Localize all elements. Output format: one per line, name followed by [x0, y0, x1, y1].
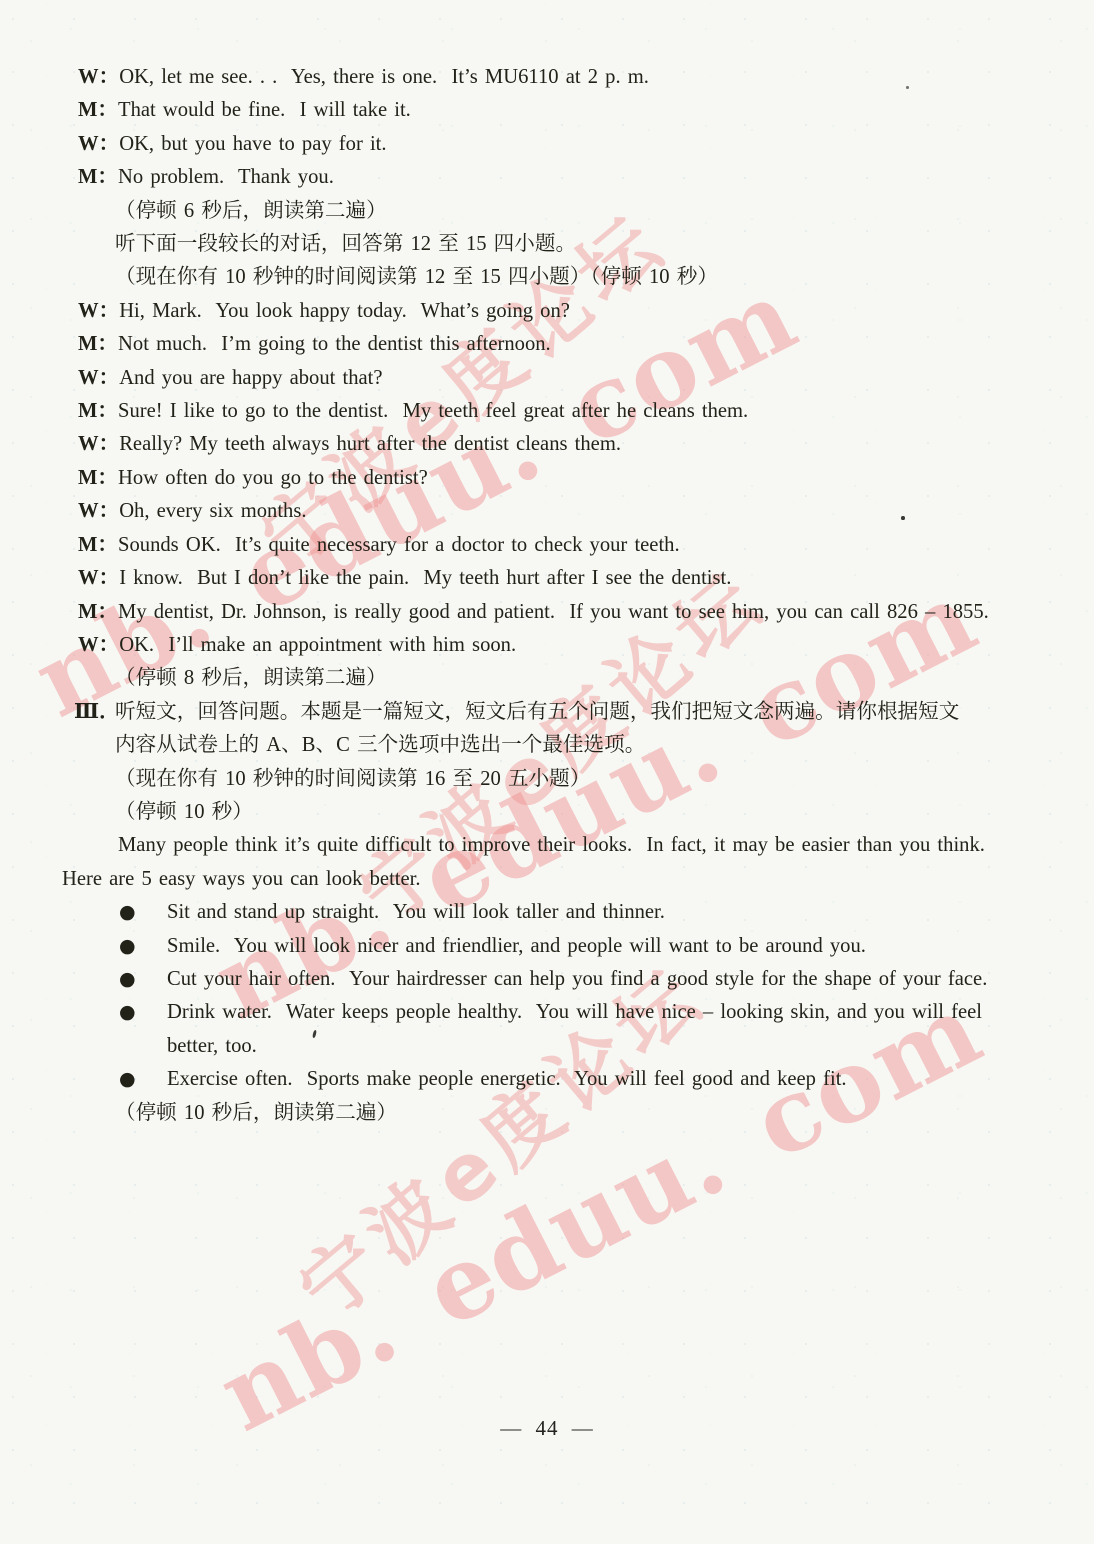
- paragraph-line: Here are 5 easy ways you can look better…: [62, 863, 1014, 896]
- bullet-text: Exercise often. Sports make people energ…: [167, 1068, 847, 1090]
- speech-line: W： Hi, Mark. You look happy today. What’…: [78, 295, 1014, 328]
- speaker-label: M：: [78, 94, 118, 127]
- speech-text: Not much. I’m going to the dentist this …: [118, 328, 551, 361]
- speech-text: Hi, Mark. You look happy today. What’s g…: [119, 295, 570, 328]
- speaker-label: W：: [78, 495, 119, 528]
- bullet-icon: ●: [119, 1063, 136, 1096]
- speech-line: M： Not much. I’m going to the dentist th…: [78, 328, 1014, 361]
- instruction-text: （停顿 8 秒后，朗读第二遍）: [115, 667, 387, 689]
- speaker-label: W：: [78, 61, 119, 94]
- speech-line: W： Really? My teeth always hurt after th…: [78, 428, 1014, 461]
- speech-line: M： How often do you go to the dentist?: [78, 462, 1014, 495]
- bullet-item: ● Sit and stand up straight. You will lo…: [62, 896, 1014, 929]
- speech-text: Sure! I like to go to the dentist. My te…: [118, 395, 748, 428]
- speaker-label: W：: [78, 562, 119, 595]
- speech-text: My dentist, Dr. Johnson, is really good …: [118, 596, 989, 629]
- speech-line: W： And you are happy about that?: [78, 362, 1014, 395]
- bullet-text: better, too.: [167, 1035, 257, 1057]
- scan-speck: [906, 86, 909, 89]
- page-number: — 44 —: [0, 1416, 1094, 1441]
- paragraph-text: Many people think it’s quite difficult t…: [118, 834, 985, 856]
- speech-line: M： My dentist, Dr. Johnson, is really go…: [78, 596, 1014, 629]
- speech-line: M： Sure! I like to go to the dentist. My…: [78, 395, 1014, 428]
- bullet-text: Drink water. Water keeps people healthy.…: [167, 1001, 982, 1023]
- speech-line: W： Oh, every six months.: [78, 495, 1014, 528]
- bullet-icon: ●: [119, 896, 136, 929]
- speaker-label: M：: [78, 328, 118, 361]
- instruction-line: （停顿 8 秒后，朗读第二遍）: [115, 662, 1014, 695]
- instruction-line: （现在你有 10 秒钟的时间阅读第 16 至 20 五小题）: [115, 763, 1014, 796]
- speech-line: W： OK, let me see. . . Yes, there is one…: [78, 61, 1014, 94]
- speech-line: W： OK, but you have to pay for it.: [78, 128, 1014, 161]
- instruction-text: （停顿 6 秒后，朗读第二遍）: [115, 200, 387, 222]
- bullet-icon: ●: [119, 996, 136, 1029]
- speech-text: No problem. Thank you.: [118, 161, 334, 194]
- section-text: 内容从试卷上的 A、B、C 三个选项中选出一个最佳选项。: [115, 734, 645, 756]
- speaker-label: M：: [78, 529, 118, 562]
- instruction-line: （停顿 10 秒）: [115, 796, 1014, 829]
- speech-text: I know. But I don’t like the pain. My te…: [119, 562, 731, 595]
- speech-line: W： I know. But I don’t like the pain. My…: [78, 562, 1014, 595]
- speaker-label: W：: [78, 362, 119, 395]
- section-heading-line: 内容从试卷上的 A、B、C 三个选项中选出一个最佳选项。: [62, 729, 1014, 762]
- speaker-label: W：: [78, 295, 119, 328]
- speech-text: OK. I’ll make an appointment with him so…: [119, 629, 516, 662]
- bullet-item: ● Cut your hair often. Your hairdresser …: [62, 963, 1014, 996]
- transcript-content: W： OK, let me see. . . Yes, there is one…: [0, 0, 1094, 1130]
- bullet-item: ● Exercise often. Sports make people ene…: [62, 1063, 1014, 1096]
- speech-line: M： That would be fine. I will take it.: [78, 94, 1014, 127]
- instruction-text: 听下面一段较长的对话，回答第 12 至 15 四小题。: [115, 233, 576, 255]
- instruction-text: （停顿 10 秒）: [115, 801, 253, 823]
- instruction-text: （现在你有 10 秒钟的时间阅读第 12 至 15 四小题）（停顿 10 秒）: [115, 266, 718, 288]
- scanned-exam-page: 宁波e度论坛 nb. eduu. com 宁波e度论坛 nb. eduu. co…: [0, 0, 1094, 1544]
- speech-text: And you are happy about that?: [119, 362, 382, 395]
- speech-text: OK, but you have to pay for it.: [119, 128, 386, 161]
- section-number: Ⅲ．: [74, 696, 120, 729]
- speaker-label: M：: [78, 596, 118, 629]
- speech-text: Sounds OK. It’s quite necessary for a do…: [118, 529, 680, 562]
- bullet-text: Smile. You will look nicer and friendlie…: [167, 935, 866, 957]
- speech-text: Really? My teeth always hurt after the d…: [119, 428, 621, 461]
- instruction-text: （现在你有 10 秒钟的时间阅读第 16 至 20 五小题）: [115, 768, 590, 790]
- speaker-label: M：: [78, 462, 118, 495]
- bullet-text: Sit and stand up straight. You will look…: [167, 901, 665, 923]
- bullet-text: Cut your hair often. Your hairdresser ca…: [167, 968, 987, 990]
- bullet-icon: ●: [119, 963, 136, 996]
- speech-line: W： OK. I’ll make an appointment with him…: [78, 629, 1014, 662]
- bullet-icon: ●: [119, 930, 136, 963]
- speaker-label: M：: [78, 395, 118, 428]
- speech-line: M： No problem. Thank you.: [78, 161, 1014, 194]
- speaker-label: W：: [78, 629, 119, 662]
- speaker-label: M：: [78, 161, 118, 194]
- section-heading-line: Ⅲ． 听短文，回答问题。本题是一篇短文，短文后有五个问题，我们把短文念两遍。请你…: [62, 696, 1014, 729]
- instruction-text: （停顿 10 秒后，朗读第二遍）: [115, 1102, 397, 1124]
- speech-text: That would be fine. I will take it.: [118, 94, 411, 127]
- speech-text: How often do you go to the dentist?: [118, 462, 428, 495]
- speaker-label: W：: [78, 128, 119, 161]
- scan-speck: [901, 516, 905, 520]
- instruction-line: 听下面一段较长的对话，回答第 12 至 15 四小题。: [115, 228, 1014, 261]
- bullet-item: ● Drink water. Water keeps people health…: [62, 996, 1014, 1029]
- paragraph-line: Many people think it’s quite difficult t…: [62, 829, 1014, 862]
- instruction-line: （停顿 10 秒后，朗读第二遍）: [115, 1097, 1014, 1130]
- speech-line: M： Sounds OK. It’s quite necessary for a…: [78, 529, 1014, 562]
- paragraph-text: Here are 5 easy ways you can look better…: [62, 868, 421, 890]
- instruction-line: （现在你有 10 秒钟的时间阅读第 12 至 15 四小题）（停顿 10 秒）: [115, 261, 1014, 294]
- speaker-label: W：: [78, 428, 119, 461]
- section-text: 听短文，回答问题。本题是一篇短文，短文后有五个问题，我们把短文念两遍。请你根据短…: [115, 701, 959, 723]
- bullet-item: better, too.: [62, 1030, 1014, 1063]
- speech-text: Oh, every six months.: [119, 495, 306, 528]
- speech-text: OK, let me see. . . Yes, there is one. I…: [119, 61, 649, 94]
- bullet-item: ● Smile. You will look nicer and friendl…: [62, 930, 1014, 963]
- instruction-line: （停顿 6 秒后，朗读第二遍）: [115, 195, 1014, 228]
